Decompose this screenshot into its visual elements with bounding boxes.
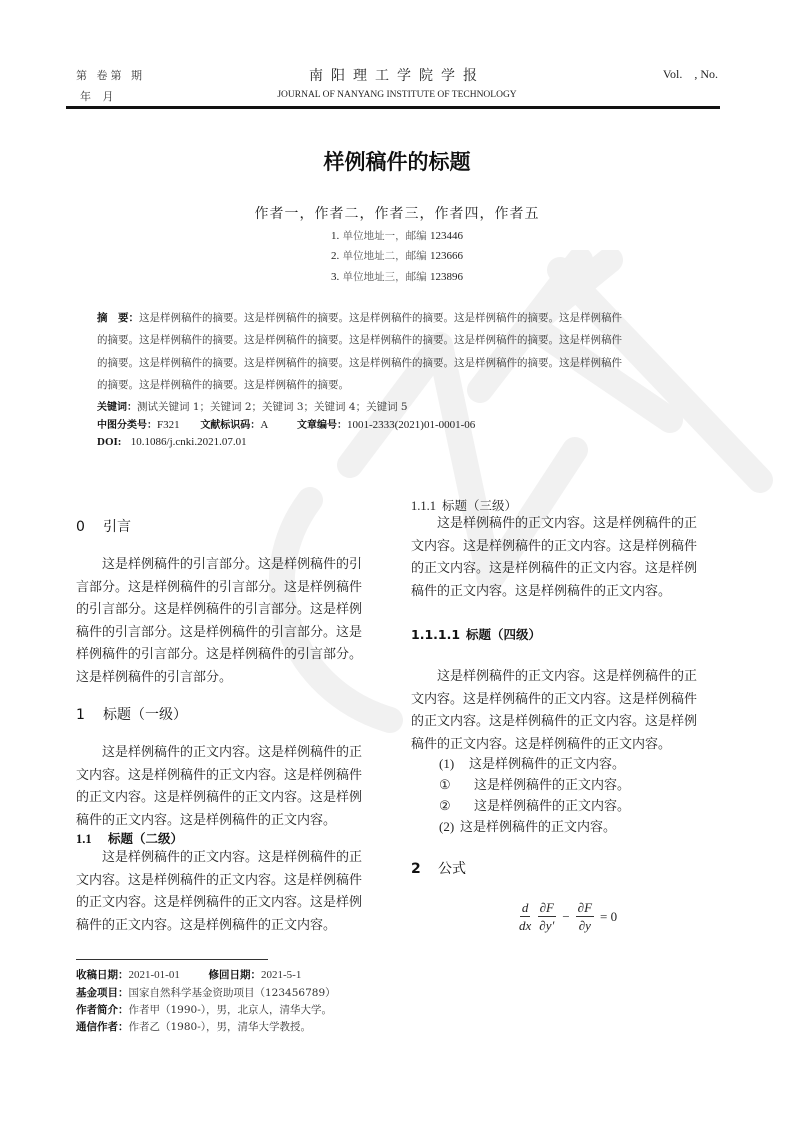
abstract-label: 摘 要： — [97, 312, 139, 324]
affiliation-number: 1. — [331, 230, 339, 242]
section-0-heading: 0引言 — [76, 516, 131, 536]
affiliation-number: 2. — [331, 250, 339, 262]
postal-code: 123446 — [430, 230, 463, 242]
affiliation-text: 单位地址二，邮编 — [343, 250, 427, 262]
section-1-1-1-body: 这是样例稿件的正文内容。这是样例稿件的正 文内容。这是样例稿件的正文内容。这是样… — [411, 513, 719, 603]
list-marker: (2) — [439, 819, 460, 835]
list-marker: ① — [439, 777, 474, 793]
affiliation-3: 3. 单位地址三，邮编 123896 — [0, 269, 794, 284]
abstract: 摘 要：这是样例稿件的摘要。这是样例稿件的摘要。这是样例稿件的摘要。这是样例稿件… — [97, 307, 700, 396]
corresponding-label: 通信作者： — [76, 1021, 129, 1033]
keywords-row: 关键词：测试关键词 1；关键词 2；关键词 3；关键词 4；关键词 5 — [97, 398, 408, 414]
section-1-1-heading: 1.1标题（二级） — [76, 829, 183, 847]
fraction: d dx — [517, 900, 533, 934]
section-1-body: 这是样例稿件的正文内容。这是样例稿件的正 文内容。这是样例稿件的正文内容。这是样… — [76, 742, 384, 832]
doc-code-value: A — [260, 419, 268, 431]
article-no-label: 文章编号： — [297, 420, 347, 431]
corresponding-value: 作者乙（1980-），男，清华大学教授。 — [129, 1021, 312, 1033]
author-bio-label: 作者简介： — [76, 1004, 129, 1016]
list-marker: ② — [439, 798, 474, 814]
fund-label: 基金项目： — [76, 987, 129, 999]
section-2-heading: 2公式 — [411, 858, 466, 878]
keywords: 测试关键词 1；关键词 2；关键词 3；关键词 4；关键词 5 — [137, 401, 408, 413]
author-bio-value: 作者甲（1990-），男，北京人，清华大学。 — [129, 1004, 333, 1016]
doi-value[interactable]: 10.1086/j.cnki.2021.07.01 — [131, 436, 247, 448]
affiliation-2: 2. 单位地址二，邮编 123666 — [0, 248, 794, 263]
fund-value: 国家自然科学基金资助项目（123456789） — [129, 987, 336, 999]
abstract-line: 摘 要：这是样例稿件的摘要。这是样例稿件的摘要。这是样例稿件的摘要。这是样例稿件… — [97, 307, 700, 329]
received-date: 2021-01-01 — [129, 969, 180, 981]
section-1-1-1-1-heading: 1.1.1.1标题（四级） — [411, 625, 541, 643]
journal-name-en: JOURNAL OF NANYANG INSTITUTE OF TECHNOLO… — [0, 90, 794, 100]
list-item: ②这是样例稿件的正文内容。 — [439, 795, 630, 814]
affiliation-text: 单位地址三，邮编 — [343, 271, 427, 283]
postal-code: 123896 — [430, 271, 463, 283]
section-1-1-1-heading: 1.1.1标题（三级） — [411, 496, 517, 514]
article-title: 样例稿件的标题 — [0, 146, 794, 176]
clc-label: 中图分类号： — [97, 420, 157, 431]
corresponding-author-row: 通信作者：作者乙（1980-），男，清华大学教授。 — [76, 1019, 311, 1034]
list-item: (2)这是样例稿件的正文内容。 — [439, 816, 616, 835]
author-bio-row: 作者简介：作者甲（1990-），男，北京人，清华大学。 — [76, 1002, 332, 1017]
article-no-value: 1001-2333(2021)01-0001-06 — [347, 419, 475, 431]
abstract-line: 的摘要。这是样例稿件的摘要。这是样例稿件的摘要。这是样例稿件的摘要。这是样例稿件… — [97, 352, 700, 374]
fraction: ∂F ∂y — [576, 900, 594, 934]
doc-code-label: 文献标识码： — [200, 420, 260, 431]
section-1-heading: 1标题（一级） — [76, 704, 187, 724]
section-0-body: 这是样例稿件的引言部分。这是样例稿件的引 言部分。这是样例稿件的引言部分。这是样… — [76, 554, 384, 689]
volume-number: Vol. , No. — [663, 67, 718, 82]
doi-row: DOI: 10.1086/j.cnki.2021.07.01 — [97, 436, 247, 448]
fraction: ∂F ∂y′ — [537, 900, 556, 934]
abstract-line: 的摘要。这是样例稿件的摘要。这是样例稿件的摘要。 — [97, 374, 700, 396]
section-1-1-body: 这是样例稿件的正文内容。这是样例稿件的正 文内容。这是样例稿件的正文内容。这是样… — [76, 847, 384, 937]
affiliation-number: 3. — [331, 271, 339, 283]
header-rule — [66, 106, 720, 109]
abstract-line: 的摘要。这是样例稿件的摘要。这是样例稿件的摘要。这是样例稿件的摘要。这是样例稿件… — [97, 329, 700, 351]
fund-row: 基金项目：国家自然科学基金资助项目（123456789） — [76, 985, 336, 1000]
affiliation-1: 1. 单位地址一，邮编 123446 — [0, 228, 794, 243]
list-item: ①这是样例稿件的正文内容。 — [439, 774, 630, 793]
list-marker: (1) — [439, 756, 469, 772]
list-item: (1)这是样例稿件的正文内容。 — [439, 753, 625, 772]
dates-row: 收稿日期：2021-01-01 修回日期：2021-5-1 — [76, 967, 301, 982]
revised-date: 2021-5-1 — [261, 969, 301, 981]
doi-label: DOI: — [97, 436, 121, 448]
minus-sign: − — [562, 909, 569, 925]
clc-value: F321 — [157, 419, 180, 431]
author-list: 作者一，作者二，作者三，作者四，作者五 — [0, 203, 794, 223]
classification-row: 中图分类号：F321 文献标识码：A 文章编号：1001-2333(2021)0… — [97, 416, 475, 431]
equals-zero: = 0 — [600, 909, 617, 925]
euler-lagrange-formula: d dx ∂F ∂y′ − ∂F ∂y = 0 — [515, 900, 621, 934]
affiliation-text: 单位地址一，邮编 — [343, 230, 427, 242]
received-label: 收稿日期： — [76, 969, 129, 981]
section-1-1-1-1-body: 这是样例稿件的正文内容。这是样例稿件的正 文内容。这是样例稿件的正文内容。这是样… — [411, 666, 719, 756]
postal-code: 123666 — [430, 250, 463, 262]
keywords-label: 关键词： — [97, 402, 137, 413]
revised-label: 修回日期： — [209, 969, 262, 981]
footnote-rule — [76, 959, 268, 960]
